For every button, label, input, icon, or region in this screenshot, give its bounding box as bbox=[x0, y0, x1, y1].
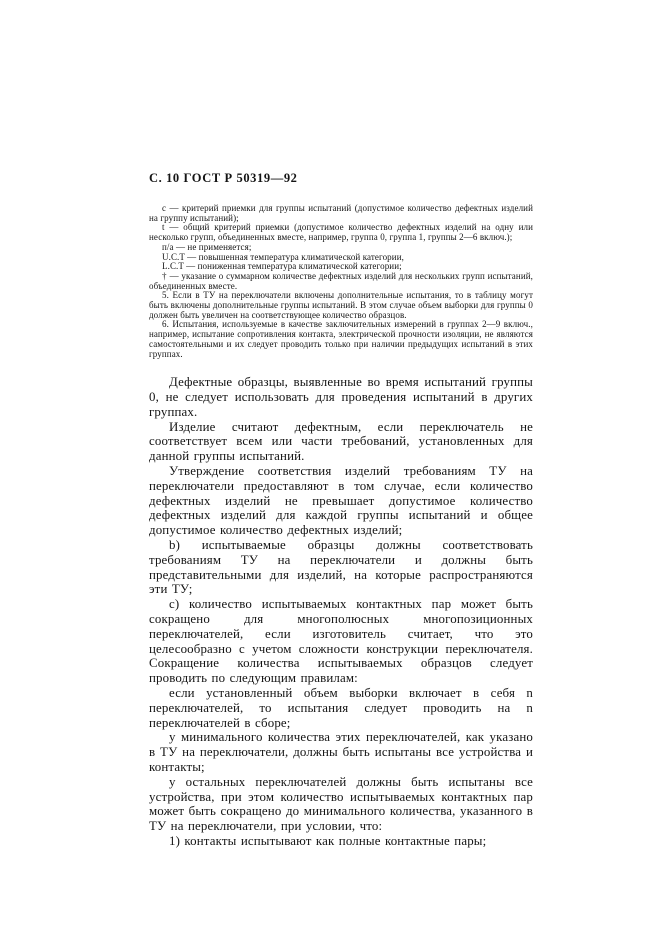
note-item-criterion-t: t — общий критерий приемки (допустимое к… bbox=[149, 223, 533, 242]
paragraph-approval: Утверждение соответствия изделий требова… bbox=[149, 464, 533, 538]
running-header: С. 10 ГОСТ Р 50319—92 bbox=[149, 171, 533, 186]
paragraph-rule-minimum: у минимального количества этих переключа… bbox=[149, 730, 533, 774]
content-column: С. 10 ГОСТ Р 50319—92 с — критерий прием… bbox=[149, 171, 533, 849]
paragraph-defective-product: Изделие считают дефектным, если переключ… bbox=[149, 420, 533, 464]
paragraph-rule-others: у остальных переключателей должны быть и… bbox=[149, 775, 533, 834]
note-item-criterion-c: с — критерий приемки для группы испытани… bbox=[149, 204, 533, 223]
document-page: С. 10 ГОСТ Р 50319—92 с — критерий прием… bbox=[0, 0, 661, 935]
paragraph-item-c: c) количество испытываемых контактных па… bbox=[149, 597, 533, 686]
note-item-6: 6. Испытания, используемые в качестве за… bbox=[149, 320, 533, 359]
body-section: Дефектные образцы, выявленные во время и… bbox=[149, 375, 533, 849]
note-item-5: 5. Если в ТУ на переключатели включены д… bbox=[149, 291, 533, 320]
paragraph-rule-contact-pairs: 1) контакты испытывают как полные контак… bbox=[149, 834, 533, 849]
paragraph-defective-samples: Дефектные образцы, выявленные во время и… bbox=[149, 375, 533, 419]
note-item-dagger: † — указание о суммарном количестве дефе… bbox=[149, 272, 533, 291]
notes-section: с — критерий приемки для группы испытани… bbox=[149, 204, 533, 359]
paragraph-item-b: b) испытываемые образцы должны соответст… bbox=[149, 538, 533, 597]
paragraph-rule-sample-volume: если установленный объем выборки включае… bbox=[149, 686, 533, 730]
